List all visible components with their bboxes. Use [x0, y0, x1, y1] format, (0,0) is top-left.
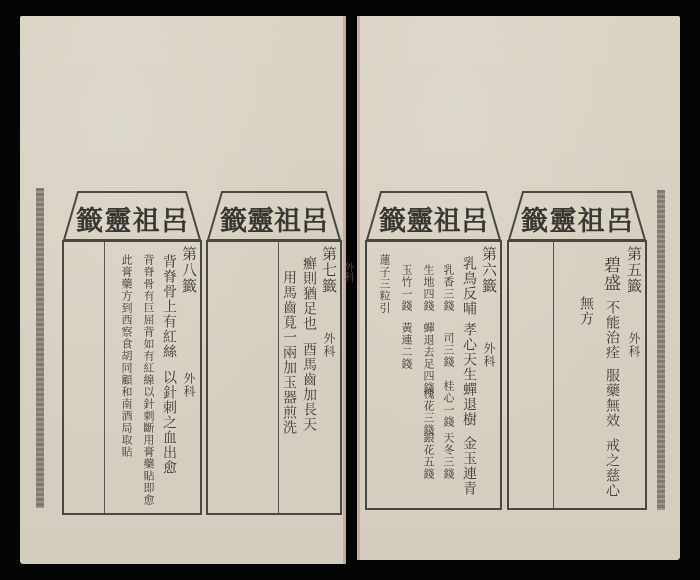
slip-number: 第八籤 [181, 246, 196, 294]
slip-box: 第八籤 外科 背脊骨上有紅絲 以針刺之血出愈 背脊骨有巨屈背如有紅線以針刺斷用膏… [62, 240, 202, 515]
slip-line: 蟬退樹 [461, 382, 476, 427]
slip-line: 無方 [578, 296, 593, 326]
right-edge-print-bar [657, 190, 665, 510]
left-edge-print-bar [36, 188, 44, 508]
slip-line: 司三錢 [442, 332, 454, 368]
center-fold [346, 15, 357, 565]
slip-line: 金玉連青 [461, 436, 476, 496]
slip-line: 以針刺之血出愈 [161, 370, 176, 475]
slip-line: 孝心天生 [461, 322, 476, 382]
slip-line: 蓮子三粒引 [378, 254, 390, 314]
slip-title-char: 祖 [274, 199, 301, 238]
slip-title-char: 呂 [161, 199, 188, 238]
slip-line: 戒之慈心 [604, 438, 619, 498]
slip-title-char: 靈 [549, 199, 576, 238]
slip-title-char: 祖 [578, 199, 605, 238]
slip-title-char: 靈 [247, 199, 274, 238]
slip-line: 碧盛 [601, 256, 619, 292]
slip-line: 槐花三錢 [422, 388, 434, 436]
slip-line: 背脊骨上有紅絲 [161, 254, 176, 359]
slip-title: 呂祖靈籤 [521, 199, 633, 238]
slip-line: 桂心一錢 [442, 380, 454, 428]
slip-title-char: 祖 [434, 199, 461, 238]
slip-line: 此膏藥方到西察食胡同顧和南酒局取貼 [120, 254, 132, 458]
slip-line: 乳鳥反哺 [461, 256, 476, 316]
slip-line: 背脊骨有巨屈背如有紅線以針刺斷用膏藥貼即愈 [142, 254, 154, 506]
slip-number: 第六籤 [481, 246, 496, 294]
slip-title-char: 靈 [104, 199, 131, 238]
slip-header: 呂祖靈籤 [365, 190, 502, 240]
slip-7: 呂祖靈籤 第七籤 外科 癬則猶足也 酉馬齒加長天 用馬齒莧一兩加玉器煎洗 [206, 190, 342, 515]
slip-line: 癬則猶足也 [301, 256, 316, 331]
slip-line: 天冬三錢 [442, 432, 454, 480]
slip-line: 生地四錢 [422, 264, 434, 312]
slip-category: 外科 [181, 372, 196, 398]
slip-category: 外科 [626, 332, 641, 358]
slip-title-char: 呂 [301, 199, 328, 238]
slip-line: 酉馬齒加長天 [301, 342, 316, 432]
slip-line: 不能治痊 [604, 300, 619, 360]
slip-line: 銀花五錢 [422, 432, 434, 480]
slip-title-char: 籤 [76, 199, 103, 238]
slip-title: 呂祖靈籤 [379, 199, 488, 238]
slip-header: 呂祖靈籤 [507, 190, 647, 240]
slip-number: 第五籤 [626, 246, 641, 294]
slip-line: 服藥無效 [604, 368, 619, 428]
slip-box: 第七籤 外科 癬則猶足也 酉馬齒加長天 用馬齒莧一兩加玉器煎洗 [206, 240, 342, 515]
slip-box: 第五籤 外科 碧盛 不能治痊 服藥無效 戒之慈心 無方 [507, 240, 647, 510]
slip-line: 黃連二錢 [400, 322, 412, 370]
slip-line: 玉竹一錢 [400, 264, 412, 312]
slip-title: 呂祖靈籤 [76, 199, 188, 238]
slip-line: 乳香三錢 [442, 264, 454, 312]
slip-5: 呂祖靈籤 第五籤 外科 碧盛 不能治痊 服藥無效 戒之慈心 無方 [507, 190, 647, 510]
slip-title-char: 籤 [521, 199, 548, 238]
slip-number: 第七籤 [321, 246, 336, 294]
slip-title-char: 籤 [220, 199, 247, 238]
slip-line: 蟬退去足四錢 [422, 322, 434, 394]
slip-8: 呂祖靈籤 第八籤 外科 背脊骨上有紅絲 以針刺之血出愈 背脊骨有巨屈背如有紅線以… [62, 190, 202, 515]
slip-category: 外科 [321, 332, 336, 358]
slip-title-char: 籤 [379, 199, 406, 238]
slip-box: 第六籤 外科 乳鳥反哺 孝心天生 蟬退樹 金玉連青 乳香三錢 司三錢 桂心一錢 … [365, 240, 502, 510]
slip-title-char: 呂 [606, 199, 633, 238]
slip-title-char: 祖 [133, 199, 160, 238]
slip-title-char: 靈 [406, 199, 433, 238]
slip-header: 呂祖靈籤 [206, 190, 342, 240]
slip-line: 用馬齒莧一兩加玉器煎洗 [281, 270, 296, 435]
slip-header: 呂祖靈籤 [62, 190, 202, 240]
slip-6: 呂祖靈籤 第六籤 外科 乳鳥反哺 孝心天生 蟬退樹 金玉連青 乳香三錢 司三錢 … [365, 190, 502, 510]
gutter-label: 外科 [340, 262, 355, 282]
slip-category: 外科 [481, 342, 496, 368]
slip-title: 呂祖靈籤 [220, 199, 328, 238]
slip-title-char: 呂 [461, 199, 488, 238]
